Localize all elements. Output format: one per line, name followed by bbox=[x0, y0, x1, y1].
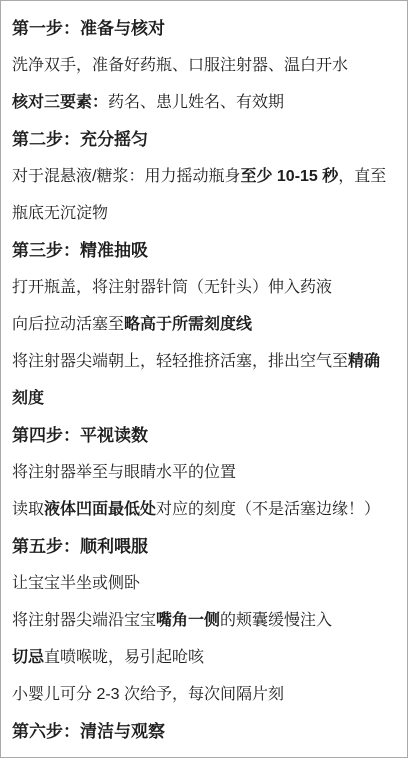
step-heading: 第六步：清洁与观察 bbox=[12, 713, 396, 750]
step-paragraph: 让宝宝半坐或侧卧 bbox=[12, 565, 396, 602]
step-paragraph: 将注射器尖端沿宝宝嘴角一侧的颊囊缓慢注入 bbox=[12, 602, 396, 639]
text-run: 对于混悬液/糖浆：用力摇动瓶身 bbox=[12, 168, 240, 185]
step-paragraph: 切忌直喷喉咙，易引起呛咳 bbox=[12, 639, 396, 676]
text-run: 将注射器尖端朝上，轻轻推挤活塞，排出空气至 bbox=[12, 353, 348, 370]
text-run: 对应的刻度（不是活塞边缘！） bbox=[156, 501, 380, 518]
bold-text-run: 嘴角一侧 bbox=[156, 612, 220, 629]
bold-text-run: 第二步：充分摇匀 bbox=[12, 130, 148, 149]
bold-text-run: 液体凹面最低处 bbox=[44, 501, 156, 518]
step-heading: 第二步：充分摇匀 bbox=[12, 121, 396, 158]
step-heading: 第三步：精准抽吸 bbox=[12, 232, 396, 269]
bold-text-run: 第六步：清洁与观察 bbox=[12, 722, 165, 741]
bold-text-run: 核对三要素： bbox=[12, 94, 108, 111]
document-page: 第一步：准备与核对洗净双手，准备好药瓶、口服注射器、温白开水核对三要素：药名、患… bbox=[0, 0, 408, 758]
step-heading: 第一步：准备与核对 bbox=[12, 10, 396, 47]
text-run: 的颊囊缓慢注入 bbox=[220, 612, 332, 629]
bold-text-run: 略高于所需刻度线 bbox=[124, 316, 252, 333]
step-paragraph: 小婴儿可分 2-3 次给予，每次间隔片刻 bbox=[12, 676, 396, 713]
step-paragraph: 打开瓶盖，将注射器针筒（无针头）伸入药液 bbox=[12, 269, 396, 306]
step-paragraph: 将注射器尖端朝上，轻轻推挤活塞，排出空气至精确刻度 bbox=[12, 343, 396, 417]
medication-feeding-steps-document: 第一步：准备与核对洗净双手，准备好药瓶、口服注射器、温白开水核对三要素：药名、患… bbox=[12, 10, 396, 750]
text-run: 药名、患儿姓名、有效期 bbox=[108, 94, 284, 111]
step-paragraph: 读取液体凹面最低处对应的刻度（不是活塞边缘！） bbox=[12, 491, 396, 528]
text-run: 小婴儿可分 2-3 次给予，每次间隔片刻 bbox=[12, 686, 284, 703]
text-run: 打开瓶盖，将注射器针筒（无针头）伸入药液 bbox=[12, 279, 332, 296]
bold-text-run: 切忌 bbox=[12, 649, 44, 666]
step-paragraph: 洗净双手，准备好药瓶、口服注射器、温白开水 bbox=[12, 47, 396, 84]
text-run: 读取 bbox=[12, 501, 44, 518]
step-paragraph: 对于混悬液/糖浆：用力摇动瓶身至少 10-15 秒，直至瓶底无沉淀物 bbox=[12, 158, 396, 232]
step-heading: 第四步：平视读数 bbox=[12, 417, 396, 454]
text-run: 洗净双手，准备好药瓶、口服注射器、温白开水 bbox=[12, 57, 348, 74]
bold-text-run: 第四步：平视读数 bbox=[12, 426, 148, 445]
text-run: 将注射器尖端沿宝宝 bbox=[12, 612, 156, 629]
text-run: 让宝宝半坐或侧卧 bbox=[12, 575, 140, 592]
bold-text-run: 第一步：准备与核对 bbox=[12, 19, 165, 38]
step-paragraph: 向后拉动活塞至略高于所需刻度线 bbox=[12, 306, 396, 343]
step-paragraph: 核对三要素：药名、患儿姓名、有效期 bbox=[12, 84, 396, 121]
text-run: 向后拉动活塞至 bbox=[12, 316, 124, 333]
bold-text-run: 第三步：精准抽吸 bbox=[12, 241, 148, 260]
bold-text-run: 至少 10-15 秒 bbox=[240, 168, 338, 185]
bold-text-run: 第五步：顺利喂服 bbox=[12, 537, 148, 556]
text-run: 将注射器举至与眼睛水平的位置 bbox=[12, 464, 236, 481]
step-paragraph: 将注射器举至与眼睛水平的位置 bbox=[12, 454, 396, 491]
text-run: 直喷喉咙，易引起呛咳 bbox=[44, 649, 204, 666]
step-heading: 第五步：顺利喂服 bbox=[12, 528, 396, 565]
